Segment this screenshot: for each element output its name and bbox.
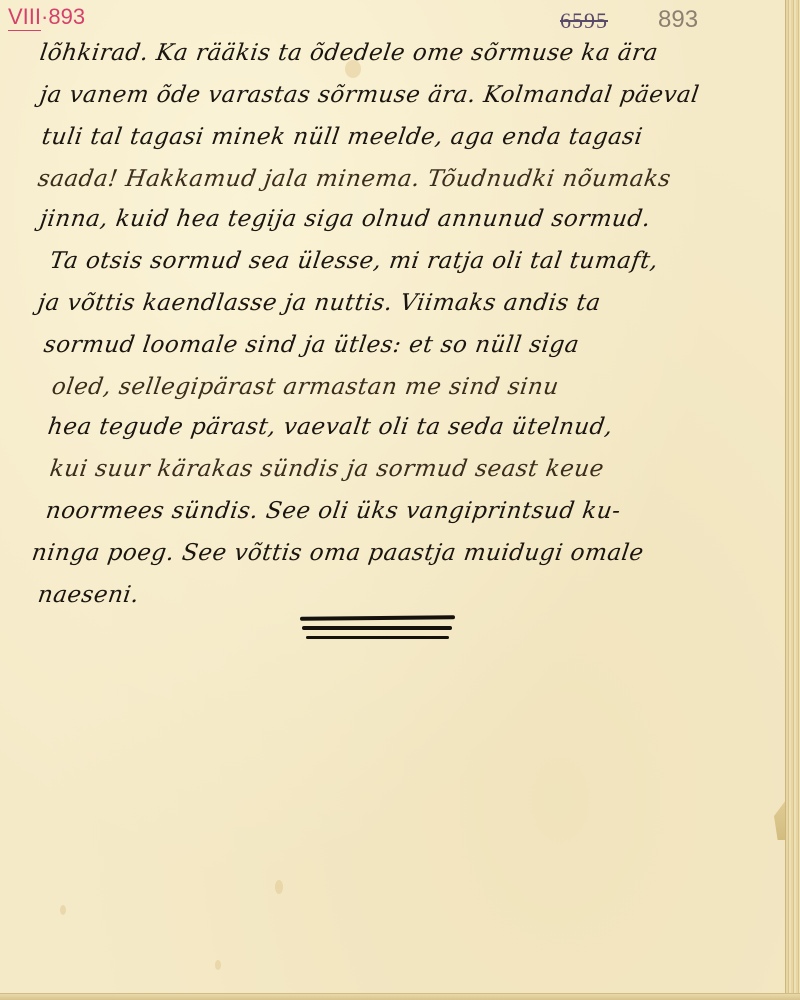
text-line-12: noormees sündis. See oli üks vangiprints… xyxy=(44,498,622,524)
text-line-5: jinna, kuid hea tegija siga olnud annunu… xyxy=(38,206,652,232)
paper-stain xyxy=(275,880,283,894)
text-line-13: ninga poeg. See võttis oma paastja muidu… xyxy=(30,540,645,566)
ending-flourish xyxy=(300,615,460,645)
text-line-10: hea tegude pärast, vaevalt oli ta seda ü… xyxy=(46,414,614,440)
paper-stain xyxy=(60,905,66,915)
archive-reference-red: VIII·893 xyxy=(8,4,85,30)
flourish-line-1 xyxy=(300,615,455,621)
text-line-8: sormud loomale sind ja ütles: et so nüll… xyxy=(42,332,581,358)
struck-stamp-number: 6595 xyxy=(560,8,608,34)
text-line-2: ja vanem õde varastas sõrmuse ära. Kolma… xyxy=(38,82,701,108)
text-line-1: lõhkirad. Ka rääkis ta õdedele ome sõrmu… xyxy=(38,40,660,66)
flourish-line-2 xyxy=(302,626,452,630)
paper-stain xyxy=(215,960,221,970)
text-line-11: kui suur kärakas sündis ja sormud seast … xyxy=(48,456,605,482)
flourish-line-3 xyxy=(306,636,449,639)
text-line-6: Ta otsis sormud sea ülesse, mi ratja oli… xyxy=(48,248,660,274)
pencil-page-number: 893 xyxy=(658,6,698,34)
text-line-9: oled, sellegipärast armastan me sind sin… xyxy=(50,374,560,400)
text-line-3: tuli tal tagasi minek nüll meelde, aga e… xyxy=(40,124,644,150)
page-stack-edge-right xyxy=(785,0,800,1000)
text-line-7: ja võttis kaendlasse ja nuttis. Viimaks … xyxy=(36,290,602,316)
archive-page-number: 893 xyxy=(48,4,85,29)
text-line-14: naeseni. xyxy=(36,582,141,608)
page-stack-edge-bottom xyxy=(0,993,800,1000)
archive-volume: VIII xyxy=(8,4,41,31)
manuscript-page: VIII·893 6595 893 lõhkirad. Ka rääkis ta… xyxy=(0,0,800,1000)
text-line-4: saada! Hakkamud jala minema. Tõudnudki n… xyxy=(36,166,672,192)
